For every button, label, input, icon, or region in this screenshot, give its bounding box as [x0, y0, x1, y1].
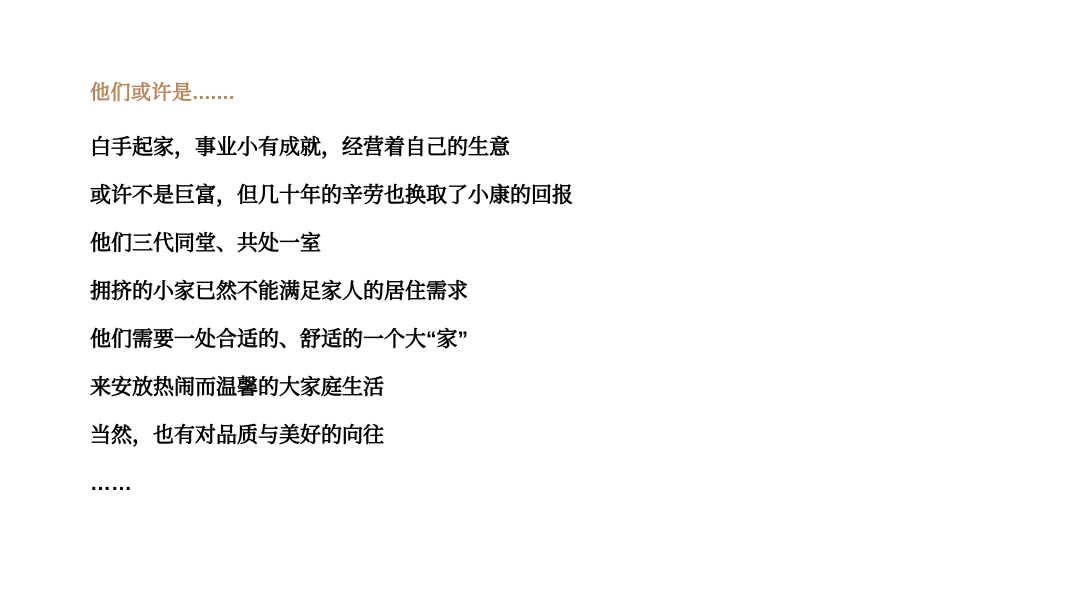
slide-heading: 他们或许是.......: [90, 82, 235, 104]
slide-body: 白手起家，事业小有成就，经营着自己的生意 或许不是巨富，但几十年的辛劳也换取了小…: [90, 124, 1010, 508]
body-line-2: 或许不是巨富，但几十年的辛劳也换取了小康的回报: [90, 172, 1010, 220]
body-line-5: 他们需要一处合适的、舒适的一个大“家”: [90, 316, 1010, 364]
body-line-7: 当然，也有对品质与美好的向往: [90, 412, 1010, 460]
presentation-slide: 他们或许是....... 白手起家，事业小有成就，经营着自己的生意 或许不是巨富…: [0, 0, 1080, 608]
body-line-6: 来安放热闹而温馨的大家庭生活: [90, 364, 1010, 412]
body-line-ellipsis: ……: [90, 460, 1010, 508]
body-line-1: 白手起家，事业小有成就，经营着自己的生意: [90, 124, 1010, 172]
body-line-4: 拥挤的小家已然不能满足家人的居住需求: [90, 268, 1010, 316]
body-line-3: 他们三代同堂、共处一室: [90, 220, 1010, 268]
